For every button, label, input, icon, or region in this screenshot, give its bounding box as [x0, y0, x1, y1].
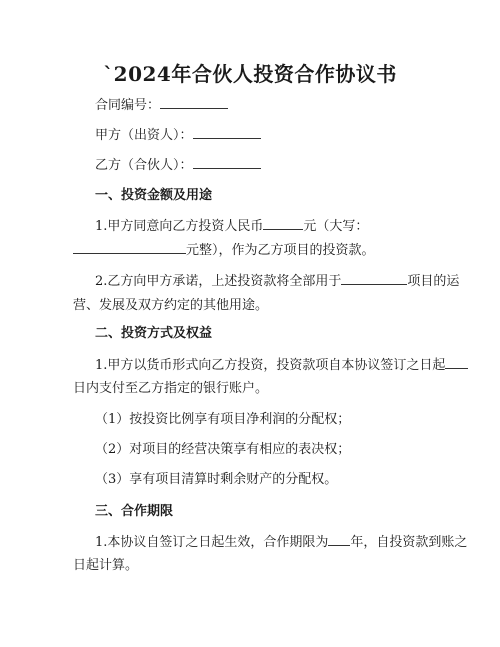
section3-p1-text-a: 1.本协议自签订之日起生效，合作期限为 — [95, 535, 328, 550]
section1-heading: 一、投资金额及用途 — [95, 184, 212, 203]
section1-p1-text-a: 1.甲方同意向乙方投资人民币 — [95, 219, 263, 234]
section3-p1-text-b: 年，自投资款到账之 — [350, 535, 467, 550]
section1-p2-cont: 营、发展及双方约定的其他用途。 — [73, 294, 268, 313]
party-b-label: 乙方（合伙人）： — [95, 158, 193, 173]
project-name-blank[interactable] — [341, 272, 407, 285]
section3-p1-cont: 日起计算。 — [73, 554, 138, 573]
section1-p2-text-a: 2.乙方向甲方承诺，上述投资款将全部用于 — [95, 274, 341, 289]
amount-uppercase-blank[interactable] — [73, 241, 186, 254]
document-title: `2024年合伙人投资合作协议书 — [0, 58, 500, 87]
section2-heading: 二、投资方式及权益 — [95, 322, 212, 341]
section1-p1-text-c: 元整），作为乙方项目的投资款。 — [186, 243, 375, 258]
section1-p2: 2.乙方向甲方承诺，上述投资款将全部用于项目的运 — [95, 270, 459, 289]
term-years-blank[interactable] — [328, 533, 350, 546]
section1-p1: 1.甲方同意向乙方投资人民币元（大写： — [95, 215, 368, 234]
section2-item-1: （1）按投资比例享有项目净利润的分配权； — [95, 408, 350, 427]
section2-p1-cont: 日内支付至乙方指定的银行账户。 — [73, 377, 268, 396]
contract-no-line: 合同编号： — [95, 94, 228, 113]
section2-p1-text-a: 1.甲方以货币形式向乙方投资，投资款项自本协议签订之日起 — [95, 358, 445, 373]
section3-p1: 1.本协议自签订之日起生效，合作期限为年，自投资款到账之 — [95, 531, 467, 550]
section1-p1-text-b: 元（大写： — [303, 219, 368, 234]
section1-p1-cont: 元整），作为乙方项目的投资款。 — [73, 239, 375, 258]
party-a-line: 甲方（出资人）： — [95, 124, 261, 143]
party-b-blank[interactable] — [193, 156, 261, 169]
section1-p2-text-b: 项目的运 — [407, 274, 459, 289]
section3-heading: 三、合作期限 — [95, 500, 173, 519]
party-a-blank[interactable] — [193, 126, 261, 139]
section2-item-2: （2）对项目的经营决策享有相应的表决权； — [95, 438, 350, 457]
section2-item-3: （3）享有项目清算时剩余财产的分配权。 — [95, 468, 337, 487]
payment-days-blank[interactable] — [445, 356, 468, 369]
amount-blank[interactable] — [263, 217, 303, 230]
party-a-label: 甲方（出资人）： — [95, 128, 193, 143]
party-b-line: 乙方（合伙人）： — [95, 154, 261, 173]
contract-no-blank[interactable] — [160, 96, 228, 109]
section2-p1: 1.甲方以货币形式向乙方投资，投资款项自本协议签订之日起 — [95, 354, 468, 373]
contract-no-label: 合同编号： — [95, 98, 160, 113]
